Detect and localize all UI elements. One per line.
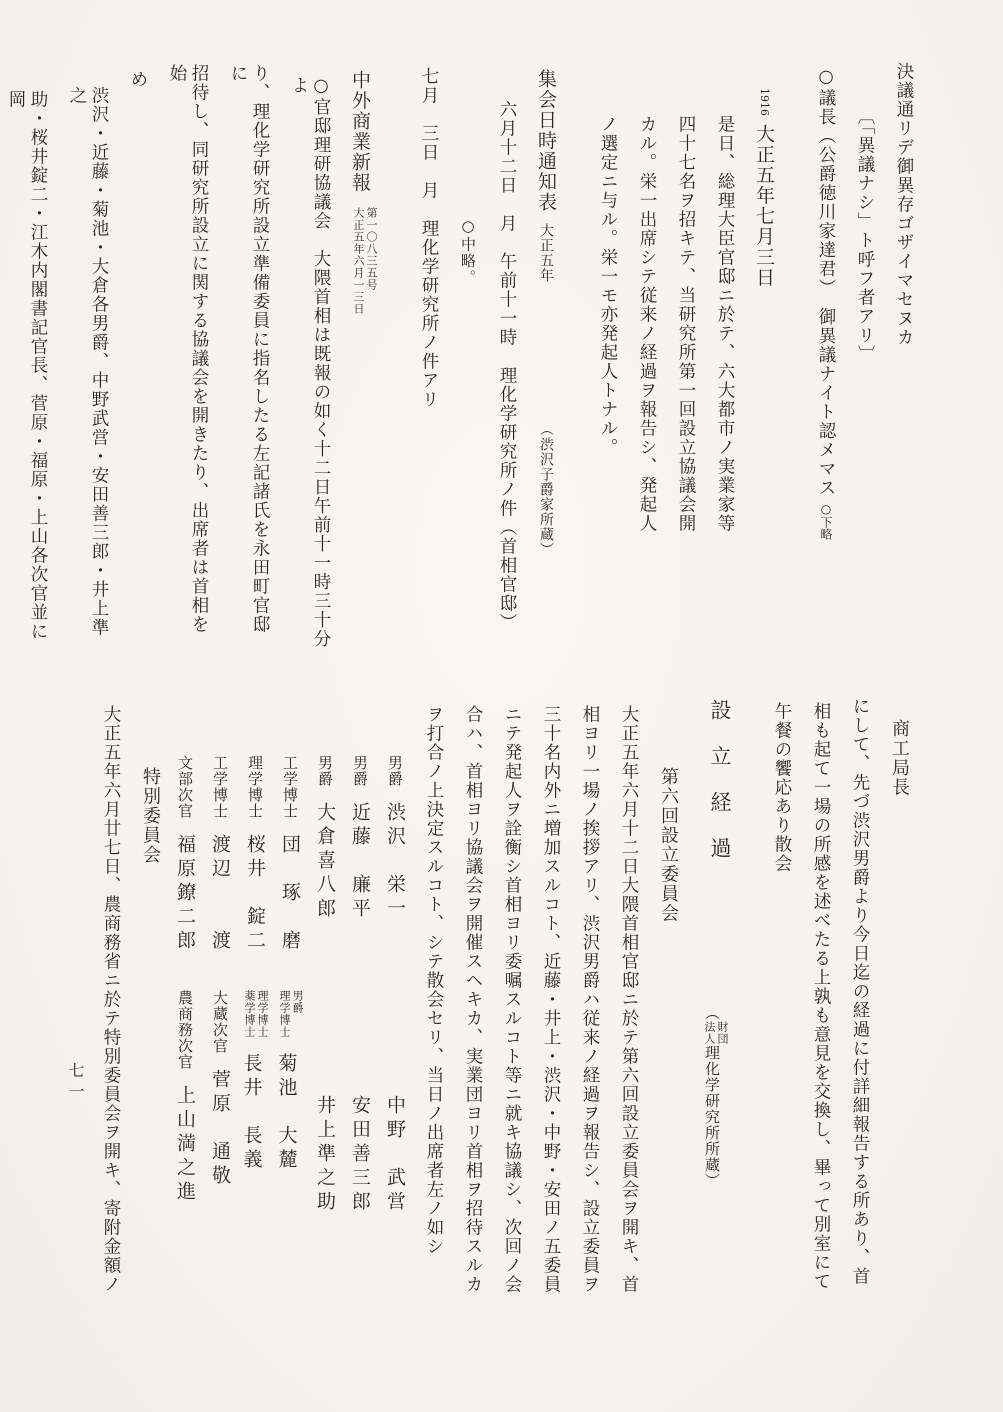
line-report-1: にして、先づ渋沢男爵より今日迄の経過に付詳細報告する所あり、首 xyxy=(849,697,871,1295)
attendee-column-kondo-yasuda: 男爵近藤 廉平 安田善三郎 xyxy=(349,697,371,1295)
line-resolution: 決議通リデ御異存ゴザイマセヌカ xyxy=(893,62,915,650)
attendee-title: 大蔵次官 xyxy=(211,990,229,1054)
attendee-title: 理学博士 xyxy=(256,990,269,1038)
attendee-entry: 男爵近藤 廉平 xyxy=(347,755,374,922)
subheading-sixth-committee: 第六回設立委員会 xyxy=(657,697,679,1295)
attendee-name: 福原鐐二郎 xyxy=(174,834,196,954)
line-article-names-1: 渋沢・近藤・菊池・大倉各男爵、中野武営・安田善三郎・井上準之 xyxy=(66,62,110,650)
line-june-12-entry: 六月十二日 月 午前十一時 理化学研究所ノ件（首相官邸） xyxy=(496,62,518,650)
year-1916: 1916 xyxy=(758,88,771,116)
omission-note: ○下略 xyxy=(819,502,833,540)
attendee-name: 菅原 通敬 xyxy=(209,1069,231,1189)
note-open-paren: （ xyxy=(703,1005,721,1021)
line-special-committee-1: 大正五年六月廿七日、農商務省ニ於テ特別委員会ヲ開キ、寄附金額ノ xyxy=(100,697,122,1295)
top-section: 決議通リデ御異存ゴザイマセヌカ 〔「異議ナシ」ト呼フ者アリ〕 ○議長（公爵徳川家… xyxy=(0,62,915,650)
line-body-4: ノ選定ニ与ル。栄一モ亦発起人トナル。 xyxy=(597,62,619,650)
heading-establishment-process: 設 立 経 過（財団法人理化学研究所所蔵） xyxy=(709,697,731,1295)
attendee-entry: 井上準之助 xyxy=(312,1095,339,1215)
attendee-entry: 理学博士桜井 錠二 xyxy=(242,755,269,954)
note-rest: 理化学研究所所蔵） xyxy=(703,1045,721,1189)
meeting-notice-title: 集会日時通知表 xyxy=(535,69,557,213)
attendee-title: 男爵 xyxy=(351,755,369,787)
attendee-name: 長井 長義 xyxy=(241,1053,263,1173)
line-report-3: 午餐の饗応あり散会 xyxy=(771,697,793,1295)
line-quote-no-objection: 〔「異議ナシ」ト呼フ者アリ〕 xyxy=(854,62,876,650)
attendee-name: 菊池 大麓 xyxy=(276,1053,298,1173)
foundation-warichu: 財団法人 xyxy=(703,1021,729,1045)
line-article-names-2: 助・桜井錠二・江木内閣書記官長、菅原・福原・上山各次官並に岡 xyxy=(5,62,49,650)
line-committee-6: ヲ打合ノ上決定スルコト、シテ散会セリ、当日ノ出席者左ノ如シ xyxy=(423,697,445,1295)
attendee-title: 文部次官 xyxy=(176,755,194,819)
line-article-2: り、理化学研究所設立準備委員に指名したる左記諸氏を永田町官邸に xyxy=(227,62,271,650)
newspaper-name: 中外商業新報 xyxy=(349,70,371,193)
attendee-entry: 文部次官福原鐐二郎 xyxy=(172,755,199,954)
issue-date: 大正五年六月一三日 xyxy=(352,207,365,315)
attendee-title: 男爵 xyxy=(316,755,334,787)
attendee-entry: 工学博士渡辺 渡 xyxy=(207,755,234,954)
attendee-entry: 男爵渋沢 栄一 xyxy=(382,755,409,922)
attendee-title: 男爵 xyxy=(291,990,304,1038)
attendee-title: 理学博士 xyxy=(278,990,291,1038)
line-commerce-bureau-chief: 商工局長 xyxy=(888,697,910,1295)
attendee-name: 中野 武営 xyxy=(384,1095,406,1215)
attendee-name: 井上準之助 xyxy=(314,1095,336,1215)
subheading-special-committee: 特別委員会 xyxy=(139,697,161,1295)
attendee-name: 団 琢 磨 xyxy=(279,834,301,954)
attendee-title: 薬学博士 xyxy=(243,990,256,1038)
issue-number: 第一〇八三五号 xyxy=(365,207,378,315)
attendee-title: 男爵 xyxy=(386,755,404,787)
attendee-entry: 安田善三郎 xyxy=(347,1095,374,1215)
attendee-column-sakurai-nagai: 理学博士桜井 錠二 理学博士薬学博士長井 長義 xyxy=(244,697,266,1295)
taisho-date: 大正五年七月三日 xyxy=(753,124,775,288)
attendee-column-shibusawa-nakano: 男爵渋沢 栄一 中野 武営 xyxy=(384,697,406,1295)
attendee-name: 安田善三郎 xyxy=(349,1095,371,1215)
line-meeting-notice-title: 集会日時通知表大正五年（渋沢子爵家所蔵） xyxy=(535,62,557,650)
line-committee-1: 大正五年六月十二日大隈首相官邸ニ於テ第六回設立委員会ヲ開キ、首 xyxy=(618,697,640,1295)
attendee-name: 渋沢 栄一 xyxy=(384,802,406,922)
attendee-title: 工学博士 xyxy=(281,755,299,819)
establishment-heading-text: 設 立 経 過 xyxy=(708,699,732,860)
line-omission: ○中略。 xyxy=(457,62,479,650)
line-article-4: め xyxy=(127,62,149,650)
attendee-entry: 男爵大倉喜八郎 xyxy=(312,755,339,922)
attendee-name: 上山満之進 xyxy=(174,1085,196,1205)
attendee-column-watanabe-sugawara: 工学博士渡辺 渡 大蔵次官菅原 通敬 xyxy=(209,697,231,1295)
line-body-3: カル。栄一出席シテ従来ノ経過ヲ報告シ、発起人 xyxy=(636,62,658,650)
attendee-title-warichu: 男爵理学博士 xyxy=(278,990,304,1038)
attendee-entry: 男爵理学博士菊池 大麓 xyxy=(274,990,305,1173)
attendee-column-fukuhara-ueyama: 文部次官福原鐐二郎 農商務次官上山満之進 xyxy=(174,697,196,1295)
line-body-1: 是日、総理大臣官邸ニ於テ、六大都市ノ実業家等 xyxy=(714,62,736,650)
attendee-title-warichu: 理学博士薬学博士 xyxy=(243,990,269,1038)
chairman-text: ○議長（公爵徳川家達君） 御異議ナイト認メマス xyxy=(816,67,836,498)
line-date-heading: 1916大正五年七月三日 xyxy=(753,62,775,650)
attendee-title: 理学博士 xyxy=(246,755,264,819)
attendee-title: 農商務次官 xyxy=(176,990,194,1070)
attendee-entry: 中野 武営 xyxy=(382,1095,409,1215)
line-newspaper-title: 中外商業新報第一〇八三五号大正五年六月一三日 xyxy=(349,62,378,650)
line-body-2: 四十七名ヲ招キテ、当研究所第一回設立協議会開 xyxy=(675,62,697,650)
line-committee-5: 合ハ、首相ヨリ協議会ヲ開催スヘキカ、実業団ヨリ首相ヲ招待スルカ xyxy=(462,697,484,1295)
attendee-entry: 農商務次官上山満之進 xyxy=(172,990,199,1205)
attendee-name: 渡辺 渡 xyxy=(209,834,231,954)
line-july-3-entry: 七月 三日 月 理化学研究所ノ件アリ xyxy=(418,62,440,650)
meeting-notice-era: 大正五年 xyxy=(538,223,554,283)
attendee-title: 工学博士 xyxy=(211,755,229,819)
attendee-name: 桜井 錠二 xyxy=(244,834,266,954)
foundation-word-2: 法人 xyxy=(703,1021,716,1045)
bottom-section: 商工局長 にして、先づ渋沢男爵より今日迄の経過に付詳細報告する所あり、首 相も起… xyxy=(83,697,910,1295)
riken-archive-note: （財団法人理化学研究所所蔵） xyxy=(703,1005,729,1189)
attendee-entry: 大蔵次官菅原 通敬 xyxy=(207,990,234,1189)
attendee-name: 大倉喜八郎 xyxy=(314,802,336,922)
line-article-3: 招待し、同研究所設立に関する協議会を開きたり、出席者は首相を始 xyxy=(166,62,210,650)
page-number: 七一 xyxy=(64,1062,87,1104)
attendee-entry: 工学博士団 琢 磨 xyxy=(277,755,304,954)
attendee-column-okura-inoue: 男爵大倉喜八郎 井上準之助 xyxy=(314,697,336,1295)
line-committee-4: ニテ発起人ヲ詮衡シ首相ヨリ委嘱スルコト等ニ就キ協議シ、次回ノ会 xyxy=(501,697,523,1295)
line-committee-3: 三十名内外ニ増加スルコト、近藤・井上・渋沢・中野・安田ノ五委員 xyxy=(540,697,562,1295)
foundation-word-1: 財団 xyxy=(716,1021,729,1045)
shibusawa-archive-note: （渋沢子爵家所蔵） xyxy=(537,422,555,557)
line-report-2: 相も起て一場の所感を述べたる上孰も意見を交換し、畢って別室にて xyxy=(810,697,832,1295)
line-committee-2: 相ヨリ一場ノ挨拶アリ、渋沢男爵ハ従来ノ経過ヲ報告シ、設立委員ヲ xyxy=(579,697,601,1295)
attendee-name: 近藤 廉平 xyxy=(349,802,371,922)
line-chairman: ○議長（公爵徳川家達君） 御異議ナイト認メマス○下略 xyxy=(815,62,837,650)
attendee-column-dan-kikuchi: 工学博士団 琢 磨 男爵理学博士菊池 大麓 xyxy=(279,697,301,1295)
line-article-1: ○官邸理研協議会 大隈首相は既報の如く十二日午前十一時三十分よ xyxy=(288,62,332,650)
newspaper-issue-note: 第一〇八三五号大正五年六月一三日 xyxy=(352,207,378,315)
attendee-entry: 理学博士薬学博士長井 長義 xyxy=(239,990,270,1173)
